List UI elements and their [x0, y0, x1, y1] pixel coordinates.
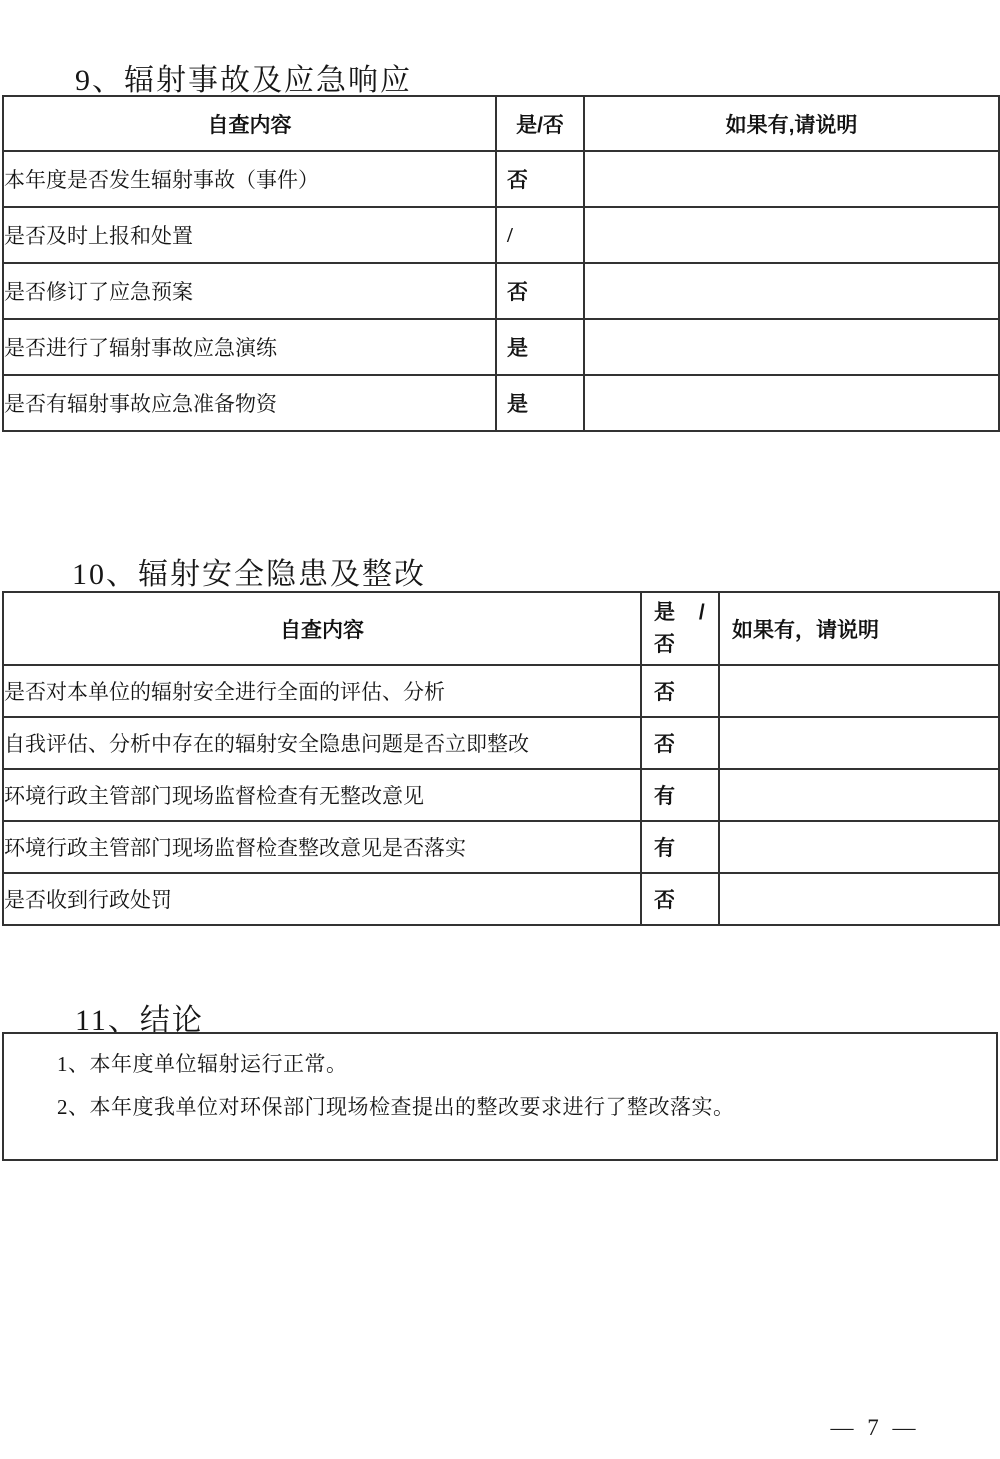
- answer-cell: 否: [496, 263, 584, 319]
- header-if-yes-explain: 如果有,请说明: [584, 96, 999, 151]
- page-number: — 7 —: [810, 1415, 940, 1441]
- note-cell: [584, 263, 999, 319]
- note-cell: [584, 319, 999, 375]
- header-if-yes-explain: 如果有，请说明: [719, 592, 999, 665]
- note-cell: [719, 717, 999, 769]
- answer-cell: /: [496, 207, 584, 263]
- self-check-item-cell: 本年度是否发生辐射事故（事件）: [3, 151, 496, 207]
- self-check-item-cell: 自我评估、分析中存在的辐射安全隐患问题是否立即整改: [3, 717, 641, 769]
- answer-cell: 否: [641, 665, 719, 717]
- self-check-item-cell: 是否收到行政处罚: [3, 873, 641, 925]
- table-row: 环境行政主管部门现场监督检查有无整改意见 有: [3, 769, 999, 821]
- table-header-row: 自查内容 是 / 否 如果有，请说明: [3, 592, 999, 665]
- note-cell: [584, 151, 999, 207]
- answer-cell: 否: [641, 873, 719, 925]
- table-header-row: 自查内容 是/否 如果有,请说明: [3, 96, 999, 151]
- answer-cell: 有: [641, 821, 719, 873]
- table-row: 是否有辐射事故应急准备物资 是: [3, 375, 999, 431]
- table-row: 是否收到行政处罚 否: [3, 873, 999, 925]
- conclusion-line-1: 1、本年度单位辐射运行正常。: [4, 1050, 996, 1078]
- radiation-accident-table: 自查内容 是/否 如果有,请说明 本年度是否发生辐射事故（事件） 否 是否及时上…: [2, 95, 1000, 432]
- table-row: 自我评估、分析中存在的辐射安全隐患问题是否立即整改 否: [3, 717, 999, 769]
- self-check-item-cell: 是否及时上报和处置: [3, 207, 496, 263]
- answer-cell: 否: [496, 151, 584, 207]
- table-row: 是否进行了辐射事故应急演练 是: [3, 319, 999, 375]
- answer-cell: 是: [496, 375, 584, 431]
- header-self-check-content: 自查内容: [3, 96, 496, 151]
- table-row: 是否及时上报和处置 /: [3, 207, 999, 263]
- table-row: 环境行政主管部门现场监督检查整改意见是否落实 有: [3, 821, 999, 873]
- table-row: 本年度是否发生辐射事故（事件） 否: [3, 151, 999, 207]
- note-cell: [719, 873, 999, 925]
- section9-title: 9、辐射事故及应急响应: [75, 55, 412, 99]
- safety-hazard-table: 自查内容 是 / 否 如果有，请说明 是否对本单位的辐射安全进行全面的评估、分析…: [2, 591, 1000, 926]
- table-row: 是否对本单位的辐射安全进行全面的评估、分析 否: [3, 665, 999, 717]
- self-check-item-cell: 环境行政主管部门现场监督检查整改意见是否落实: [3, 821, 641, 873]
- header-yes-line: 是 /: [654, 597, 718, 629]
- note-cell: [719, 665, 999, 717]
- answer-cell: 有: [641, 769, 719, 821]
- section10-title: 10、辐射安全隐患及整改: [72, 549, 426, 593]
- conclusion-line-2: 2、本年度我单位对环保部门现场检查提出的整改要求进行了整改落实。: [4, 1093, 996, 1121]
- note-cell: [584, 207, 999, 263]
- note-cell: [719, 769, 999, 821]
- note-cell: [719, 821, 999, 873]
- table-row: 是否修订了应急预案 否: [3, 263, 999, 319]
- document-page: 9、辐射事故及应急响应 自查内容 是/否 如果有,请说明 本年度是否发生辐射事故…: [0, 0, 1000, 1459]
- header-no-line: 否: [654, 629, 718, 661]
- self-check-item-cell: 环境行政主管部门现场监督检查有无整改意见: [3, 769, 641, 821]
- self-check-item-cell: 是否进行了辐射事故应急演练: [3, 319, 496, 375]
- answer-cell: 是: [496, 319, 584, 375]
- note-cell: [584, 375, 999, 431]
- header-yes-no: 是 / 否: [641, 592, 719, 665]
- self-check-item-cell: 是否对本单位的辐射安全进行全面的评估、分析: [3, 665, 641, 717]
- header-yes-no: 是/否: [496, 96, 584, 151]
- answer-cell: 否: [641, 717, 719, 769]
- header-self-check-content: 自查内容: [3, 592, 641, 665]
- self-check-item-cell: 是否修订了应急预案: [3, 263, 496, 319]
- self-check-item-cell: 是否有辐射事故应急准备物资: [3, 375, 496, 431]
- conclusion-box: 1、本年度单位辐射运行正常。 2、本年度我单位对环保部门现场检查提出的整改要求进…: [2, 1032, 998, 1161]
